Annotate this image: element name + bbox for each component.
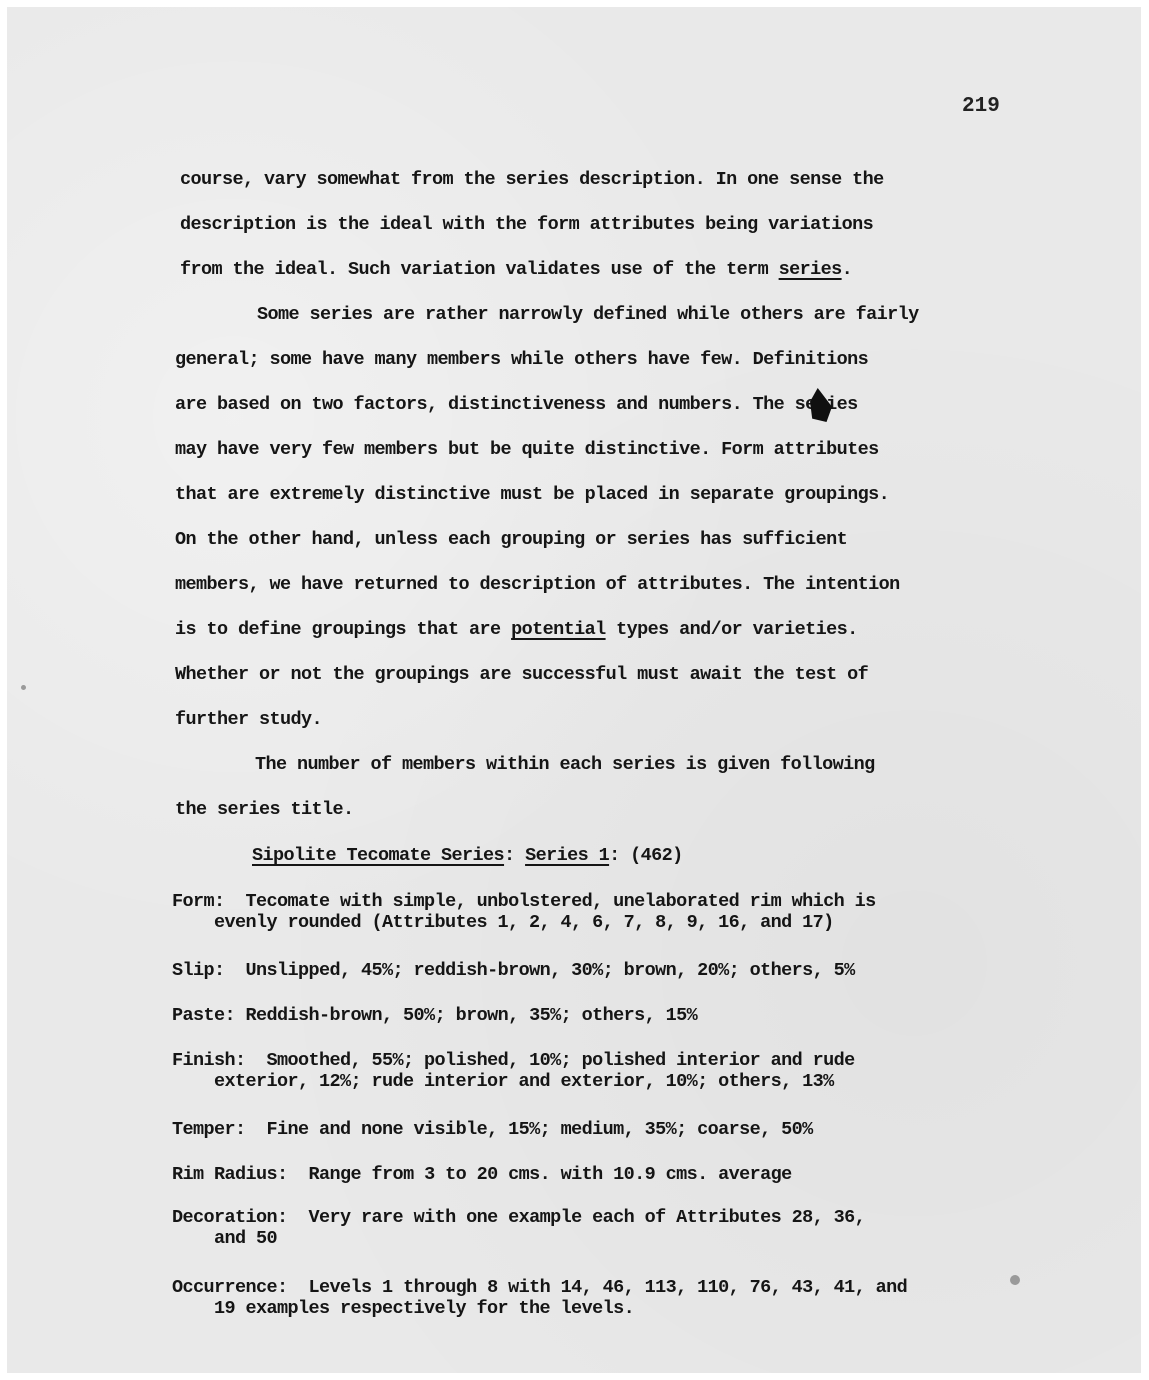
page-number: 219: [962, 95, 1000, 118]
attribute-value: Very rare with one example each of Attri…: [309, 1207, 866, 1228]
attribute-slip: Slip: Unslipped, 45%; reddish-brown, 30%…: [172, 960, 855, 981]
paragraph-1-line-3-text: from the ideal. Such variation validates…: [180, 259, 779, 280]
paragraph-2-line-7: members, we have returned to description…: [175, 574, 900, 595]
underlined-term-potential: potential: [511, 619, 606, 640]
attribute-occurrence: Occurrence: Levels 1 through 8 with 14, …: [172, 1277, 907, 1319]
attribute-value: Range from 3 to 20 cms. with 10.9 cms. a…: [309, 1164, 792, 1185]
paragraph-2-line-1: Some series are rather narrowly defined …: [257, 304, 919, 325]
attribute-finish: Finish: Smoothed, 55%; polished, 10%; po…: [172, 1050, 855, 1092]
attribute-label: Rim Radius:: [172, 1164, 288, 1185]
series-count: (462): [620, 845, 683, 866]
paragraph-1-period: .: [842, 259, 853, 280]
attribute-value: Unslipped, 45%; reddish-brown, 30%; brow…: [246, 960, 855, 981]
attribute-label: Paste:: [172, 1005, 235, 1026]
attribute-value: Fine and none visible, 15%; medium, 35%;…: [267, 1119, 813, 1140]
document-page: 219 course, vary somewhat from the serie…: [7, 7, 1141, 1373]
paragraph-2-line-5: that are extremely distinctive must be p…: [175, 484, 889, 505]
attribute-form: Form: Tecomate with simple, unbolstered,…: [172, 891, 876, 933]
attribute-value-continued: exterior, 12%; rude interior and exterio…: [172, 1071, 855, 1092]
attribute-value-continued: and 50: [172, 1228, 865, 1249]
attribute-label: Occurrence:: [172, 1277, 288, 1298]
attribute-value: Smoothed, 55%; polished, 10%; polished i…: [267, 1050, 855, 1071]
attribute-value: Reddish-brown, 50%; brown, 35%; others, …: [246, 1005, 698, 1026]
series-separator: :: [504, 845, 525, 866]
paragraph-3-line-1: The number of members within each series…: [255, 754, 875, 775]
scan-speck: [1010, 1275, 1020, 1285]
attribute-label: Temper:: [172, 1119, 246, 1140]
series-name: Sipolite Tecomate Series: [252, 845, 504, 866]
attribute-value: Levels 1 through 8 with 14, 46, 113, 110…: [309, 1277, 908, 1298]
attribute-rim-radius: Rim Radius: Range from 3 to 20 cms. with…: [172, 1164, 792, 1185]
paragraph-1-line-3: from the ideal. Such variation validates…: [180, 259, 852, 280]
paragraph-2-line-8: is to define groupings that are potentia…: [175, 619, 858, 640]
paragraph-1-line-1: course, vary somewhat from the series de…: [180, 169, 884, 190]
attribute-label: Form:: [172, 891, 225, 912]
attribute-value-continued: 19 examples respectively for the levels.: [172, 1298, 907, 1319]
series-number: Series 1: [525, 845, 609, 866]
attribute-value: Tecomate with simple, unbolstered, unela…: [246, 891, 876, 912]
series-heading: Sipolite Tecomate Series: Series 1: (462…: [252, 845, 683, 866]
paragraph-1-line-2: description is the ideal with the form a…: [180, 214, 873, 235]
series-colon: :: [609, 845, 620, 866]
attribute-label: Decoration:: [172, 1207, 288, 1228]
scan-speck: [21, 685, 26, 690]
attribute-temper: Temper: Fine and none visible, 15%; medi…: [172, 1119, 813, 1140]
paragraph-2-line-6: On the other hand, unless each grouping …: [175, 529, 847, 550]
attribute-label: Slip:: [172, 960, 225, 981]
paragraph-2-line-8-start: is to define groupings that are: [175, 619, 511, 640]
paragraph-3-line-2: the series title.: [175, 799, 354, 820]
attribute-label: Finish:: [172, 1050, 246, 1071]
paragraph-2-line-10: further study.: [175, 709, 322, 730]
attribute-value-continued: evenly rounded (Attributes 1, 2, 4, 6, 7…: [172, 912, 876, 933]
paragraph-2-line-4: may have very few members but be quite d…: [175, 439, 879, 460]
paragraph-2-line-2: general; some have many members while ot…: [175, 349, 868, 370]
underlined-term-series: series: [779, 259, 842, 280]
paragraph-2-line-8-end: types and/or varieties.: [606, 619, 858, 640]
attribute-decoration: Decoration: Very rare with one example e…: [172, 1207, 865, 1249]
attribute-paste: Paste: Reddish-brown, 50%; brown, 35%; o…: [172, 1005, 697, 1026]
paragraph-2-line-9: Whether or not the groupings are success…: [175, 664, 868, 685]
paragraph-2-line-3: are based on two factors, distinctivenes…: [175, 394, 858, 415]
